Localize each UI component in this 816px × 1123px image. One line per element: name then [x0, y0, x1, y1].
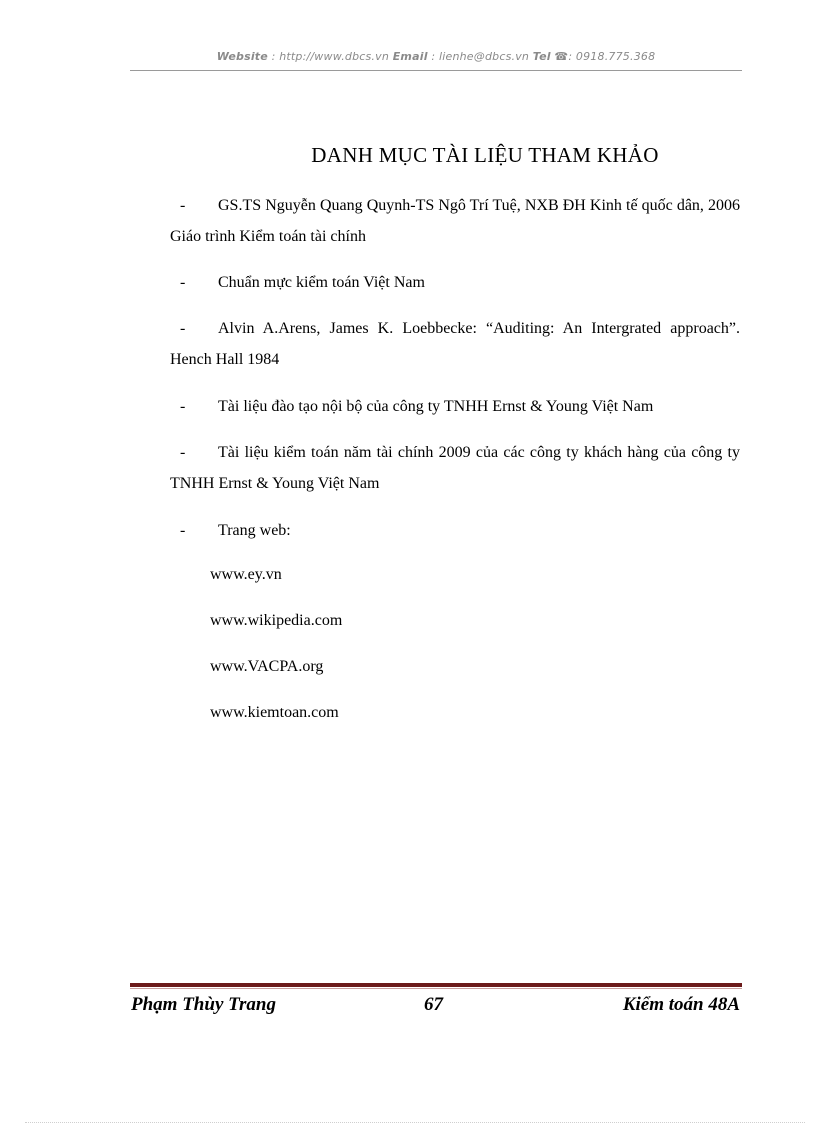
reference-item: - GS.TS Nguyễn Quang Quynh-TS Ngô Trí Tu… — [180, 190, 740, 252]
bullet-marker: - — [180, 267, 185, 298]
reference-text: Alvin A.Arens, James K. Loebbecke: “Audi… — [170, 313, 740, 375]
email-label: Email — [393, 50, 428, 63]
header-divider — [130, 70, 742, 71]
website-link[interactable]: www.VACPA.org — [210, 658, 323, 676]
bullet-marker: - — [180, 313, 185, 344]
reference-text: Tài liệu đào tạo nội bộ của công ty TNHH… — [170, 391, 740, 422]
website-link[interactable]: www.wikipedia.com — [210, 612, 342, 630]
footer-class: Kiểm toán 48A — [623, 994, 740, 1016]
bullet-marker: - — [180, 190, 185, 221]
reference-text: Tài liệu kiểm toán năm tài chính 2009 củ… — [170, 437, 740, 499]
reference-item: - Trang web: — [180, 515, 740, 546]
website-value: : http://www.dbcs.vn — [268, 50, 393, 63]
bullet-marker: - — [180, 515, 185, 546]
email-value: : lienhe@dbcs.vn — [428, 50, 533, 63]
bullet-marker: - — [180, 391, 185, 422]
footer-divider — [130, 983, 742, 987]
reference-text: Trang web: — [170, 515, 740, 546]
reference-text: Chuẩn mực kiểm toán Việt Nam — [170, 267, 740, 298]
website-link[interactable]: www.ey.vn — [210, 566, 282, 584]
page-title: DANH MỤC TÀI LIỆU THAM KHẢO — [170, 143, 800, 168]
reference-text: GS.TS Nguyễn Quang Quynh-TS Ngô Trí Tuệ,… — [170, 190, 740, 252]
reference-item: - Tài liệu kiểm toán năm tài chính 2009 … — [180, 437, 740, 499]
tel-label: Tel — [533, 50, 551, 63]
website-label: Website — [217, 50, 268, 63]
reference-item: - Chuẩn mực kiểm toán Việt Nam — [180, 267, 740, 298]
bullet-marker: - — [180, 437, 185, 468]
footer-author: Phạm Thùy Trang — [131, 994, 276, 1016]
reference-item: - Tài liệu đào tạo nội bộ của công ty TN… — [180, 391, 740, 422]
website-link[interactable]: www.kiemtoan.com — [210, 704, 339, 722]
page-number: 67 — [424, 994, 443, 1016]
page-header: Website : http://www.dbcs.vn Email : lie… — [130, 50, 742, 63]
footer-divider-thin — [130, 988, 742, 989]
phone-icon: ☎ — [554, 50, 568, 63]
tel-value: : 0918.775.368 — [568, 50, 655, 63]
reference-item: - Alvin A.Arens, James K. Loebbecke: “Au… — [180, 313, 740, 375]
